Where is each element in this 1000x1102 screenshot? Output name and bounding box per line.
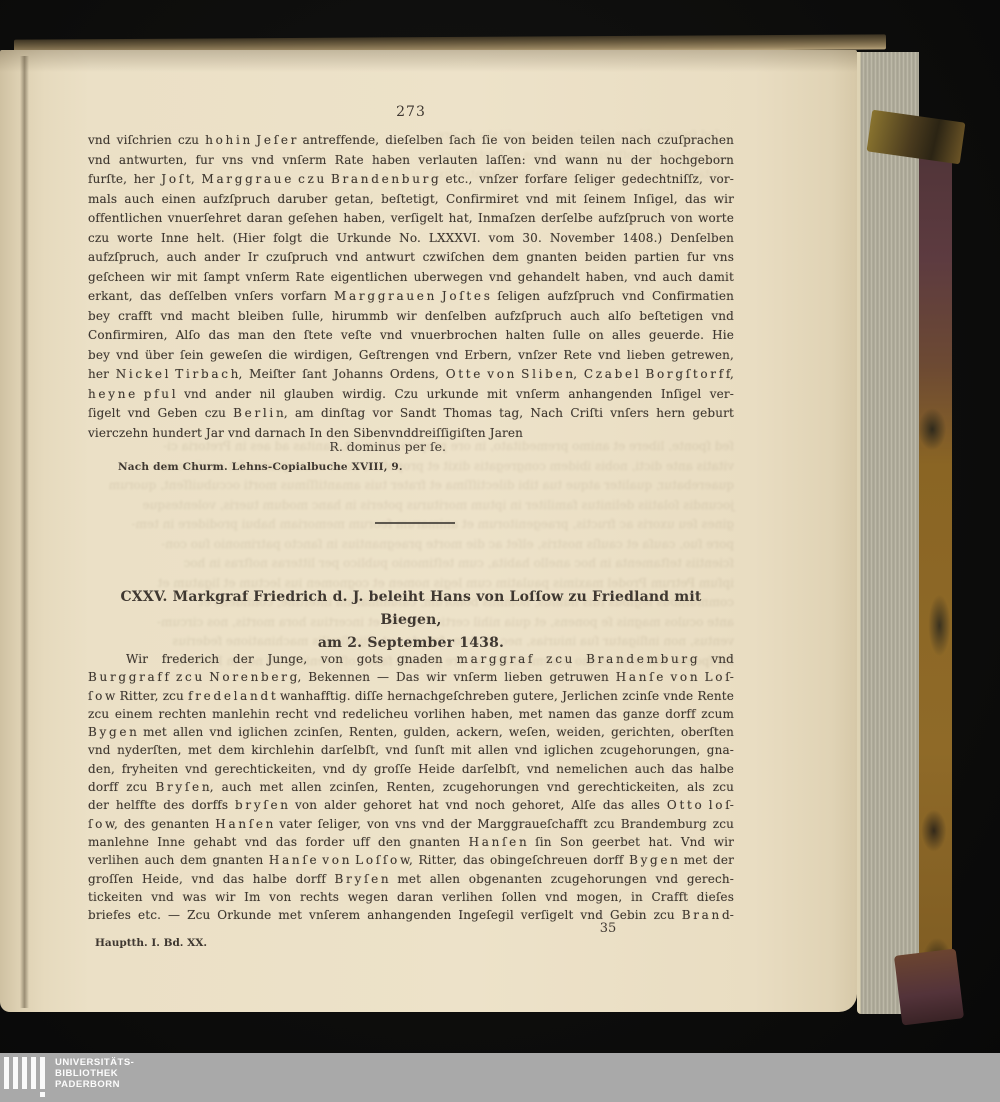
text-line: ſigelt vnd Geben czu B e r l i n, am din… [88,404,734,424]
signature-line: R. dominus per ſe. [88,439,446,454]
text-line: zcu einem rechten manlehin recht vnd red… [88,705,734,723]
text-line: bey vnd über ſein geweſen die wirdigen, … [88,346,734,366]
volume-footer-label: Hauptth. I. Bd. XX. [95,937,207,949]
text-line: Confirmiren, Alſo das man den ſtete veſt… [88,326,734,346]
text-line: vnd antwurten, fur vns vnd vnſerm Rate h… [88,151,734,171]
library-watermark-bar: UNIVERSITÄTS- BIBLIOTHEK PADERBORN [0,1053,1000,1102]
text-line: h e y n e p f u l vnd ander nil glauben … [88,385,734,405]
text-line: offentlichen vnuerſehret daran geſehen h… [88,209,734,229]
library-logo-icon [4,1057,52,1099]
logo-dot-icon [40,1092,45,1097]
text-line: tickeiten vnd was wir Im von rechts wege… [88,888,734,906]
logo-bar-icon [4,1057,9,1089]
text-line: vnd nyderſten, met dem kirchlehin darſel… [88,741,734,759]
heading-line-1: CXXV. Markgraf Friedrich d. J. beleiht H… [88,586,734,632]
text-line: B u r g g r a f f z c u N o r e n b e r … [88,668,734,686]
scanned-book-photograph: ſed ſponte, libere et animo premeditato,… [0,0,1000,1102]
text-line: bey crafft vnd macht bleiben ſulle, hiru… [88,307,734,327]
text-line: dorff zcu B r y ſ e n, auch met allen zc… [88,778,734,796]
sheet-signature-number: 35 [558,921,658,936]
logo-bar-icon [13,1057,18,1089]
charter-heading: CXXV. Markgraf Friedrich d. J. beleiht H… [88,586,734,655]
charter-text-cxxv: Wir frederich der Junge, von gots gnaden… [88,650,734,924]
text-line: erkant, das deſſelben vnſers vorfarn M a… [88,287,734,307]
text-line: ſ o w Ritter, zcu f r e d e l a n d t wa… [88,687,734,705]
text-line: B y g e n met allen vnd iglichen zcinſen… [88,723,734,741]
text-line: manlehne Inne gehabt vnd das forder uff … [88,833,734,851]
text-line: czu worte Inne helt. (Hier folgt die Urk… [88,229,734,249]
text-line: vnd viſchrien czu h o h i n J e ſ e r an… [88,131,734,151]
library-name-line-3: PADERBORN [55,1079,134,1090]
book-fore-edge-pages [857,52,919,1014]
library-name-line-2: BIBLIOTHEK [55,1068,134,1079]
page-number: 273 [88,104,734,120]
text-line: mals auch einen aufzſpruch daruber getan… [88,190,734,210]
text-line: ſ o w, des genanten H a n ſ e n vater ſe… [88,815,734,833]
charter-text-cxxiv: vnd viſchrien czu h o h i n J e ſ e r an… [88,131,734,443]
text-line: der helffte des dorffs b r y ſ e n von a… [88,796,734,814]
book-page: ſed ſponte, libere et animo premeditato,… [0,50,857,1012]
separator-rule [375,522,455,524]
text-line: den, fryheiten vnd gerechtickeiten, vnd … [88,760,734,778]
text-line: Wir frederich der Junge, von gots gnaden… [88,650,734,668]
library-name-line-1: UNIVERSITÄTS- [55,1057,134,1068]
book-cover-bottom-corner [894,948,964,1025]
text-line: aufzſpruch, auch ander Ir czuſpruch vnd … [88,248,734,268]
source-note: Nach dem Churm. Lehns-Copialbuche XVIII,… [118,461,403,473]
library-name: UNIVERSITÄTS- BIBLIOTHEK PADERBORN [55,1057,134,1090]
logo-bar-icon [22,1057,27,1089]
text-line: geſcheen wir mit ſampt vnſerm Rate eigen… [88,268,734,288]
logo-bar-icon [40,1057,45,1089]
text-line: groſſen Heide, vnd das halbe dorff B r y… [88,870,734,888]
text-line: furſte, her J o ſ t, M a r g g r a u e c… [88,170,734,190]
text-line: her N i c k e l T i r b a c h, Meiſter ſ… [88,365,734,385]
book-cover-marbled-paper [919,126,952,1018]
logo-bar-icon [31,1057,36,1089]
text-line: verlihen auch dem gnanten H a n ſ e v o … [88,851,734,869]
page-gutter-shadow [20,56,29,1008]
